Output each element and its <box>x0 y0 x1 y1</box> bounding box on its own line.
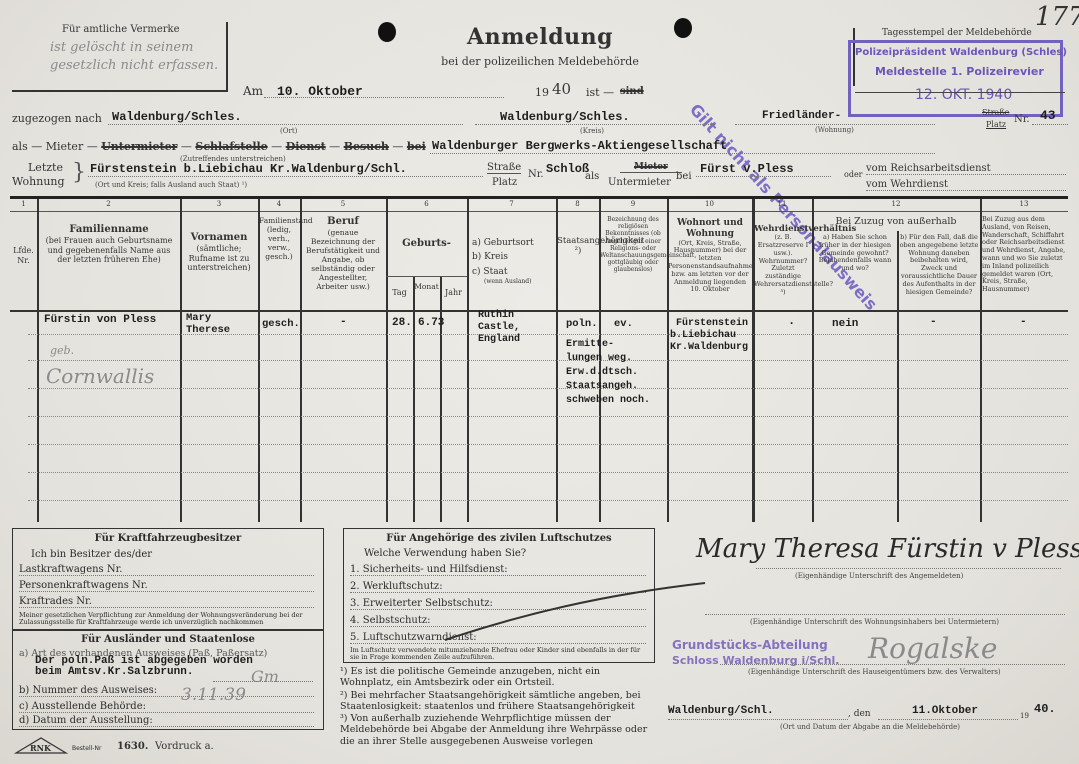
cell-zuzug-b: - <box>930 316 937 328</box>
col-number: 2 <box>37 200 180 208</box>
cell-familienstand: gesch. <box>262 318 300 330</box>
place-caption: (Ort und Datum der Abgabe an die Meldebe… <box>780 723 960 731</box>
police-stamp: Polizeipräsident Waldenburg (Schles) Mel… <box>848 40 1063 117</box>
cell-wohnort-3: Kr.Waldenburg <box>670 342 748 353</box>
col-divider <box>440 276 442 522</box>
kfz-owner-line: Ich bin Besitzer des/der <box>31 549 152 560</box>
prev-nr-label: Nr. <box>528 169 544 180</box>
header-wohnort-title: Wohnort und Wohnung <box>677 218 743 239</box>
header-familienname-sub: (bei Frauen auch Geburtsname und gegeben… <box>46 236 173 264</box>
submission-year-prefix: 19 <box>1020 712 1029 720</box>
cell-note-line: Ermitte- <box>566 338 650 352</box>
a-dotline <box>213 681 313 682</box>
kfz-note: Meiner gesetzlichen Verpflichtung zur An… <box>19 612 319 627</box>
auslaender-c-label: c) Ausstellende Behörde: <box>19 701 314 713</box>
cell-staatsangehoerigkeit: poln. <box>566 318 598 330</box>
wehrdienst-label: vom Wehrdienst <box>866 179 1066 191</box>
oder-label: oder <box>844 170 863 179</box>
birth-subdivider <box>386 276 467 277</box>
cell-vornamen-1: Mary <box>186 312 211 324</box>
previous-caption: (Ort und Kreis; falls Ausland auch Staat… <box>95 181 247 189</box>
daily-stamp-label: Tagesstempel der Meldebehörde <box>882 28 1032 38</box>
nr-value: 43 <box>1040 108 1056 123</box>
luftschutz-title: Für Angehörige des zivilen Luftschutzes <box>344 533 654 544</box>
header-geburtsort-b: b) Kreis <box>472 250 556 264</box>
prev-als-label: als <box>585 171 599 182</box>
arrival-date: 10. Oktober <box>277 84 363 99</box>
pen-stroke <box>440 575 710 645</box>
page-number: 177 <box>1035 2 1079 32</box>
header-vornamen: Vornamen (sämtliche; Rufname ist zu unte… <box>182 232 256 273</box>
sind-struck: sind <box>620 86 644 97</box>
col-number: 6 <box>386 200 467 208</box>
previous-host: Fürst v.Pless <box>700 162 794 176</box>
place-line <box>668 719 848 720</box>
stamp-date: 12. OKT. 1940 <box>915 87 1012 103</box>
mieter-label: Mieter — <box>46 140 98 153</box>
header-geburts-title: Geburts- <box>402 238 451 249</box>
employer-value: Waldenburger Bergwerks-Aktiengesellschaf… <box>432 139 727 153</box>
cell-zuzug-a: nein <box>832 318 858 330</box>
status-row: als — Mieter — Untermieter — Schlafstell… <box>12 140 426 153</box>
row-line <box>28 444 1068 445</box>
previous-street: Schloß <box>546 162 589 176</box>
order-number: 1630. <box>117 741 148 752</box>
auslaender-a-value-2: beim Amtsv.Kr.Salzbrunn. <box>35 666 193 678</box>
form-title: Anmeldung <box>430 24 650 50</box>
bracket: } <box>72 160 86 185</box>
cell-vornamen-2: Therese <box>186 324 230 336</box>
registration-form: 177 Für amtliche Vermerke ist gelöscht i… <box>0 0 1079 764</box>
col-number: 12 <box>812 200 980 208</box>
wohnung-value: Friedländer- <box>762 110 841 122</box>
submission-place: Waldenburg/Schl. <box>668 705 774 717</box>
previous-place: Fürstenstein b.Liebichau Kr.Waldenburg/S… <box>90 162 407 176</box>
cell-geb-prefix: geb. <box>50 344 74 357</box>
stamp-underline <box>855 92 1065 93</box>
cell-note-line: schweben noch. <box>566 394 650 408</box>
applicant-caption: (Eigenhändige Unterschrift des Angemelde… <box>795 572 963 580</box>
vehicle-owner-box: Für Kraftfahrzeugbesitzer Ich bin Besitz… <box>12 528 324 630</box>
remarks-label: Für amtliche Vermerke <box>62 24 180 35</box>
row-line <box>28 500 1068 501</box>
owner-signature-line <box>720 664 1065 665</box>
header-beruf-title: Beruf <box>327 216 359 227</box>
col-number: 9 <box>599 200 667 208</box>
kfz-title: Für Kraftfahrzeugbesitzer <box>13 533 323 544</box>
form-variant: Vordruck a. <box>155 741 214 752</box>
kreis-caption: (Kreis) <box>580 127 604 135</box>
col-number: 5 <box>300 200 386 208</box>
prev-bei-label: bei <box>676 171 692 182</box>
owner-stamp-2: Schloss Waldenburg i/Schl. <box>672 654 839 667</box>
col-number: 4 <box>258 200 300 208</box>
footnote-2: ²) Bei mehrfacher Staatsangehörigkeit sä… <box>340 690 655 713</box>
platz-label: Platz <box>986 120 1006 129</box>
strasse-label: Straße <box>982 108 1009 117</box>
header-zuzug: Bei Zuzug von außerhalb <box>812 216 980 227</box>
owner-caption: (Eigenhändige Unterschrift des Hauseigen… <box>748 668 1001 676</box>
cell-wohnort-2: b.Liebichau <box>670 330 736 341</box>
arrival-year: 40 <box>552 80 571 98</box>
rnk-logo-text: RNK <box>30 743 51 753</box>
remarks-handwritten-1: ist gelöscht in seinem <box>50 40 193 55</box>
header-geburtsort-a: a) Geburtsort <box>472 236 556 250</box>
cell-note-line: Erw.d.dtsch. <box>566 366 650 380</box>
kfz-lkw: Lastkraftwagens Nr. <box>19 564 314 576</box>
col-number: 7 <box>467 200 556 208</box>
header-geburtsort: a) Geburtsort b) Kreis c) Staat (wenn Au… <box>472 236 556 285</box>
cell-monat-jahr: 6.73 <box>418 317 444 329</box>
foreigners-box: Für Ausländer und Staatenlose a) Art des… <box>12 630 324 730</box>
header-geburtsort-c: c) Staat <box>472 265 556 279</box>
header-geburtsort-c-sub: (wenn Ausland) <box>472 279 556 285</box>
luftschutz-question: Welche Verwendung haben Sie? <box>364 548 526 559</box>
col-number: 3 <box>180 200 258 208</box>
schlafstelle-struck: Schlafstelle <box>195 140 267 153</box>
form-subtitle: bei der polizeilichen Meldebehörde <box>400 55 680 68</box>
header-vornamen-title: Vornamen <box>191 232 248 243</box>
prev-untermieter: Untermieter <box>608 177 671 188</box>
header-tag: Tag <box>386 288 413 298</box>
untermieter-struck: Untermieter <box>101 140 177 153</box>
punch-hole <box>674 18 692 38</box>
row-line <box>28 360 1068 361</box>
footnote-3: ³) Von außerhalb zuziehende Wehrpflichti… <box>340 713 655 747</box>
col-number: 13 <box>980 200 1068 208</box>
auslaender-title: Für Ausländer und Staatenlose <box>13 634 323 645</box>
ist-label: ist — <box>586 86 614 99</box>
auslaender-d-label: d) Datum der Ausstellung: <box>19 715 314 727</box>
header-geburts: Geburts- <box>386 238 467 250</box>
cell-wehrdienst: . <box>788 314 795 328</box>
cell-note-line: Staatsangeh. <box>566 380 650 394</box>
header-beruf: Beruf (genaue Bezeichnung der Berufstäti… <box>302 216 384 291</box>
cell-note: Ermitte- lungen weg. Erw.d.dtsch. Staats… <box>566 338 650 408</box>
cell-beruf: - <box>340 316 347 328</box>
stamp-line-2: Meldestelle 1. Polizeirevier <box>875 65 1044 78</box>
header-familienstand: Familienstand (ledig, verh., verw., gesc… <box>259 216 299 261</box>
luftschutz-note: Im Luftschutz verwendete mitumziehende E… <box>350 647 648 662</box>
order-label: Bestell-Nr <box>72 745 101 752</box>
year-prefix: 19 <box>535 86 549 99</box>
tenant-caption: (Eigenhändige Unterschrift des Wohnungsi… <box>750 618 999 626</box>
prev-platz-label: Platz <box>492 177 517 188</box>
header-jahr: Jahr <box>440 288 467 298</box>
submission-year: 40. <box>1034 702 1056 716</box>
header-zuzug-a: a) Haben Sie schon früher in der hiesige… <box>814 234 896 273</box>
header-wohnort: Wohnort und Wohnung (Ort, Kreis, Straße,… <box>668 218 752 294</box>
cell-note-line: lungen weg. <box>566 352 650 366</box>
row-line <box>28 472 1068 473</box>
previous-label-1: Letzte <box>28 161 63 174</box>
cell-familienname: Fürstin von Pless <box>44 314 156 326</box>
am-label: Am <box>243 84 263 98</box>
zugezogen-label: zugezogen nach <box>12 112 102 125</box>
header-wohnort-sub: (Ort, Kreis, Straße, Hausnummer) bei der… <box>668 239 753 294</box>
header-zuzug-b: b) Für den Fall, daß die oben angegebene… <box>899 234 979 296</box>
besuch-struck: Besuch <box>344 140 389 153</box>
rad-label: vom Reichsarbeitsdienst <box>866 163 1066 175</box>
col-number: 1 <box>10 200 37 208</box>
header-wehrdienst: Wehrdienstverhältnis (z. B. Ersatzreserv… <box>754 224 812 297</box>
header-lfde-nr: Lfde. Nr. <box>10 246 37 265</box>
row-line <box>28 334 1068 335</box>
nr-label: Nr. <box>1014 114 1030 125</box>
cell-geburtsort-1: Ruthin <box>478 310 514 321</box>
kfz-pkw: Personenkraftwagens Nr. <box>19 580 314 592</box>
den-label: , den <box>848 709 871 719</box>
cell-geburtsort-3: England <box>478 334 520 345</box>
kfz-krad: Kraftrades Nr. <box>19 596 314 608</box>
date-line <box>878 719 1018 720</box>
header-bekenntnis: Bezeichnung des religiösen Bekenntnisses… <box>600 216 666 274</box>
owner-stamp-1: Grundstücks-Abteilung <box>672 638 828 652</box>
persons-table: 1 2 3 4 5 6 7 8 9 10 11 12 13 Lfde. Nr. … <box>10 196 1068 522</box>
header-ausland: Bei Zuzug aus dem Ausland, von Reisen, W… <box>982 216 1068 294</box>
col-number: 8 <box>556 200 599 208</box>
header-vornamen-sub: (sämtliche; Rufname ist zu unterstreiche… <box>187 244 250 272</box>
header-beruf-sub: (genaue Bezeichnung der Berufstätigkeit … <box>306 228 380 291</box>
cell-geburtsname: Cornwallis <box>46 364 154 388</box>
ort-caption: (Ort) <box>280 127 297 135</box>
remarks-handwritten-2: gesetzlich nicht erfassen. <box>50 58 218 73</box>
col-number: 11 <box>752 200 812 208</box>
applicant-signature: Mary Theresa Fürstin v Pless <box>696 534 1079 564</box>
submission-date: 11.Oktober <box>912 705 978 717</box>
tenant-signature-line <box>705 614 1065 615</box>
header-staatsangehoerigkeit: Staatsangehörigkeit ²) <box>557 236 599 256</box>
previous-label-2: Wohnung <box>12 175 65 188</box>
cell-bekenntnis: ev. <box>614 318 633 330</box>
cell-geburtsort-2: Castle, <box>478 322 520 333</box>
cell-ausland: - <box>1020 316 1027 328</box>
dienst-struck: Dienst <box>286 140 326 153</box>
auslaender-b-label: b) Nummer des Ausweises: <box>19 685 314 697</box>
footnote-1: ¹) Es ist die politische Gemeinde anzuge… <box>340 666 655 689</box>
row-line <box>28 388 1068 389</box>
auslaender-initials: Gm <box>251 667 279 686</box>
als-label: als — <box>12 140 42 153</box>
rnk-logo: RNK <box>14 736 68 754</box>
applicant-signature-line <box>756 568 1061 569</box>
bei-struck: bei <box>407 140 426 153</box>
wohnung-caption: (Wohnung) <box>815 126 854 134</box>
cell-tag: 28. <box>392 317 412 329</box>
header-familienname-title: Familienname <box>69 224 148 235</box>
col-number: 10 <box>667 200 752 208</box>
header-familienname: Familienname (bei Frauen auch Geburtsnam… <box>40 224 178 265</box>
ort-value: Waldenburg/Schles. <box>112 110 242 124</box>
kreis-value: Waldenburg/Schles. <box>500 110 630 124</box>
stamp-line-1: Polizeipräsident Waldenburg (Schles) <box>855 47 1067 58</box>
punch-hole <box>378 22 396 42</box>
cell-wohnort-1: Fürstenstein <box>676 318 748 329</box>
row-line <box>28 416 1068 417</box>
header-monat: Monat <box>413 282 440 291</box>
prev-strasse-label: Straße <box>487 162 521 174</box>
header-bottom-rule <box>10 310 1068 312</box>
col-divider <box>413 276 415 522</box>
prev-mieter-struck: Mieter <box>620 162 682 173</box>
owner-signature: Rogalske <box>868 632 997 665</box>
